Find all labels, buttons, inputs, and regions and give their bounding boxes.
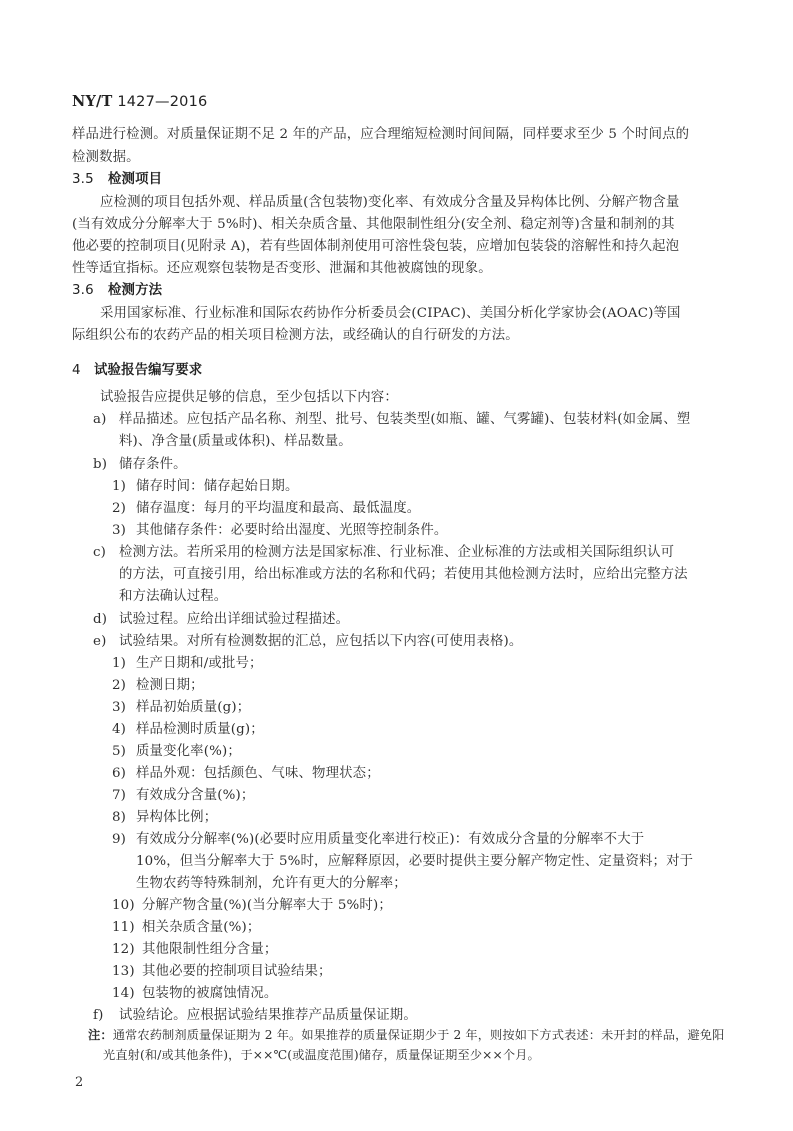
- subitem-text: 储存温度：每月的平均温度和最高、最低温度。: [136, 501, 420, 516]
- subitem-label: 3): [112, 522, 136, 539]
- subitem: 1)生产日期和/或批号；: [112, 655, 263, 672]
- subitem-text: 其他储存条件：必要时给出湿度、光照等控制条件。: [136, 523, 447, 538]
- page-number: 2: [75, 1075, 83, 1090]
- subitem-continuation: 生物农药等特殊制剂，允许有更大的分解率；: [136, 875, 407, 892]
- subitem-text: 储存时间：储存起始日期。: [136, 479, 299, 494]
- item-text: 样品描述。应包括产品名称、剂型、批号、包装类型(如瓶、罐、气雾罐)、包装材料(如…: [119, 412, 690, 427]
- paragraph-line: 试验报告应提供足够的信息，至少包括以下内容：: [100, 389, 398, 406]
- subitem: 3)样品初始质量(g)；: [112, 699, 250, 716]
- note-label: 注：: [88, 1028, 113, 1042]
- paragraph-line: 际组织公布的农药产品的相关项目检测方法，或经确认的自行研发的方法。: [72, 327, 519, 344]
- subitem: 10)分解产物含量(%)(当分解率大于 5%时)；: [112, 897, 392, 914]
- intro-line: 样品进行检测。对质量保证期不足 2 年的产品，应合理缩短检测时间间隔，同样要求至…: [72, 126, 689, 143]
- subitem-label: 14): [112, 985, 142, 1002]
- subitem-text: 样品初始质量(g)；: [136, 700, 250, 715]
- subitem-label: 11): [112, 919, 142, 936]
- paragraph-line: 他必要的控制项目(见附录 A)，若有些固体制剂使用可溶性袋包装，应增加包装袋的溶…: [72, 238, 679, 255]
- subitem: 12)其他限制性组分含量；: [112, 941, 277, 958]
- subitem: 2)检测日期；: [112, 677, 204, 694]
- subitem-text: 其他限制性组分含量；: [142, 942, 277, 957]
- subitem: 1)储存时间：储存起始日期。: [112, 478, 299, 495]
- subitem-text: 分解产物含量(%)(当分解率大于 5%时)；: [142, 898, 392, 913]
- item-text: 储存条件。: [119, 457, 187, 472]
- item-continuation: 和方法确认过程。: [119, 588, 227, 605]
- item-continuation: 的方法，可直接引用，给出标准或方法的名称和代码；若使用其他检测方法时，应给出完整…: [119, 566, 688, 583]
- item-label: b): [93, 456, 119, 473]
- section-heading-3-6: 3.6检测方法: [72, 282, 162, 299]
- subitem-text: 检测日期；: [136, 678, 204, 693]
- section-heading-3-5: 3.5检测项目: [72, 171, 162, 188]
- subitem-label: 2): [112, 500, 136, 517]
- item-continuation: 料)、净含量(质量或体积)、样品数量。: [119, 433, 352, 450]
- standard-prefix: NY/T: [72, 93, 113, 110]
- subitem-label: 6): [112, 765, 136, 782]
- subitem: 7)有效成分含量(%)；: [112, 787, 254, 804]
- subitem-label: 1): [112, 655, 136, 672]
- section-number: 3.6: [72, 282, 108, 299]
- standard-code: NY/T 1427—2016: [72, 93, 207, 110]
- paragraph-line: 应检测的项目包括外观、样品质量(含包装物)变化率、有效成分含量及异构体比例、分解…: [100, 194, 679, 211]
- subitem-text: 异构体比例；: [136, 810, 217, 825]
- paragraph-line: 采用国家标准、行业标准和国际农药协作分析委员会(CIPAC)、美国分析化学家协会…: [100, 305, 681, 322]
- item-label: e): [93, 633, 119, 650]
- item-label: c): [93, 544, 119, 561]
- item-text: 试验结果。对所有检测数据的汇总，应包括以下内容(可使用表格)。: [119, 634, 522, 649]
- item-e: e)试验结果。对所有检测数据的汇总，应包括以下内容(可使用表格)。: [93, 633, 522, 650]
- item-c: c)检测方法。若所采用的检测方法是国家标准、行业标准、企业标准的方法或相关国际组…: [93, 544, 674, 561]
- item-b: b)储存条件。: [93, 456, 187, 473]
- item-a: a)样品描述。应包括产品名称、剂型、批号、包装类型(如瓶、罐、气雾罐)、包装材料…: [93, 411, 690, 428]
- item-text: 试验过程。应给出详细试验过程描述。: [119, 612, 349, 627]
- subitem-label: 8): [112, 809, 136, 826]
- subitem: 13)其他必要的控制项目试验结果；: [112, 963, 332, 980]
- subitem-text: 包装物的被腐蚀情况。: [142, 986, 277, 1001]
- subitem-continuation: 10%，但当分解率大于 5%时，应解释原因，必要时提供主要分解产物定性、定量资料…: [136, 853, 693, 870]
- section-title: 试验报告编写要求: [94, 363, 202, 378]
- item-label: f): [93, 1007, 119, 1024]
- subitem-label: 3): [112, 699, 136, 716]
- subitem-text: 质量变化率(%)；: [136, 744, 241, 759]
- subitem: 2)储存温度：每月的平均温度和最高、最低温度。: [112, 500, 420, 517]
- subitem-text: 生产日期和/或批号；: [136, 656, 263, 671]
- item-text: 检测方法。若所采用的检测方法是国家标准、行业标准、企业标准的方法或相关国际组织认…: [119, 545, 674, 560]
- intro-line: 检测数据。: [72, 149, 140, 166]
- section-title: 检测项目: [108, 172, 162, 187]
- subitem-text: 样品检测时质量(g)；: [136, 722, 264, 737]
- paragraph-line: (当有效成分分解率大于 5%时)、相关杂质含量、其他限制性组分(安全剂、稳定剂等…: [72, 216, 675, 233]
- subitem-label: 10): [112, 897, 142, 914]
- item-label: a): [93, 411, 119, 428]
- subitem: 4)样品检测时质量(g)；: [112, 721, 264, 738]
- subitem-label: 13): [112, 963, 142, 980]
- subitem-label: 9): [112, 831, 136, 848]
- subitem: 5)质量变化率(%)；: [112, 743, 241, 760]
- subitem-label: 2): [112, 677, 136, 694]
- subitem: 14)包装物的被腐蚀情况。: [112, 985, 277, 1002]
- subitem-label: 7): [112, 787, 136, 804]
- subitem-label: 5): [112, 743, 136, 760]
- note-continuation: 光直射(和/或其他条件)，于××℃(或温度范围)储存，质量保证期至少××个月。: [103, 1047, 540, 1064]
- subitem-text: 样品外观：包括颜色、气味、物理状态；: [136, 766, 380, 781]
- section-heading-4: 4试验报告编写要求: [72, 362, 202, 379]
- subitem: 8)异构体比例；: [112, 809, 217, 826]
- subitem: 3)其他储存条件：必要时给出湿度、光照等控制条件。: [112, 522, 447, 539]
- section-number: 3.5: [72, 171, 108, 188]
- item-d: d)试验过程。应给出详细试验过程描述。: [93, 611, 349, 628]
- subitem-label: 12): [112, 941, 142, 958]
- subitem-label: 1): [112, 478, 136, 495]
- subitem-text: 相关杂质含量(%)；: [142, 920, 260, 935]
- item-f: f)试验结论。应根据试验结果推荐产品质量保证期。: [93, 1007, 417, 1024]
- paragraph-line: 性等适宜指标。还应观察包装物是否变形、泄漏和其他被腐蚀的现象。: [72, 260, 492, 277]
- section-title: 检测方法: [108, 283, 162, 298]
- note: 注：通常农药制剂质量保证期为 2 年。如果推荐的质量保证期少于 2 年，则按如下…: [88, 1027, 724, 1044]
- subitem: 6)样品外观：包括颜色、气味、物理状态；: [112, 765, 380, 782]
- subitem-text: 有效成分含量(%)；: [136, 788, 254, 803]
- subitem: 9)有效成分分解率(%)(必要时应用质量变化率进行校正)：有效成分含量的分解率不…: [112, 831, 644, 848]
- note-text: 通常农药制剂质量保证期为 2 年。如果推荐的质量保证期少于 2 年，则按如下方式…: [113, 1028, 725, 1042]
- subitem: 11)相关杂质含量(%)；: [112, 919, 260, 936]
- subitem-text: 有效成分分解率(%)(必要时应用质量变化率进行校正)：有效成分含量的分解率不大于: [136, 832, 644, 847]
- item-label: d): [93, 611, 119, 628]
- document-page: NY/T 1427—2016 样品进行检测。对质量保证期不足 2 年的产品，应合…: [0, 0, 793, 1131]
- section-number: 4: [72, 362, 94, 379]
- subitem-label: 4): [112, 721, 136, 738]
- item-text: 试验结论。应根据试验结果推荐产品质量保证期。: [119, 1008, 417, 1023]
- standard-number: 1427—2016: [117, 94, 207, 110]
- subitem-text: 其他必要的控制项目试验结果；: [142, 964, 332, 979]
